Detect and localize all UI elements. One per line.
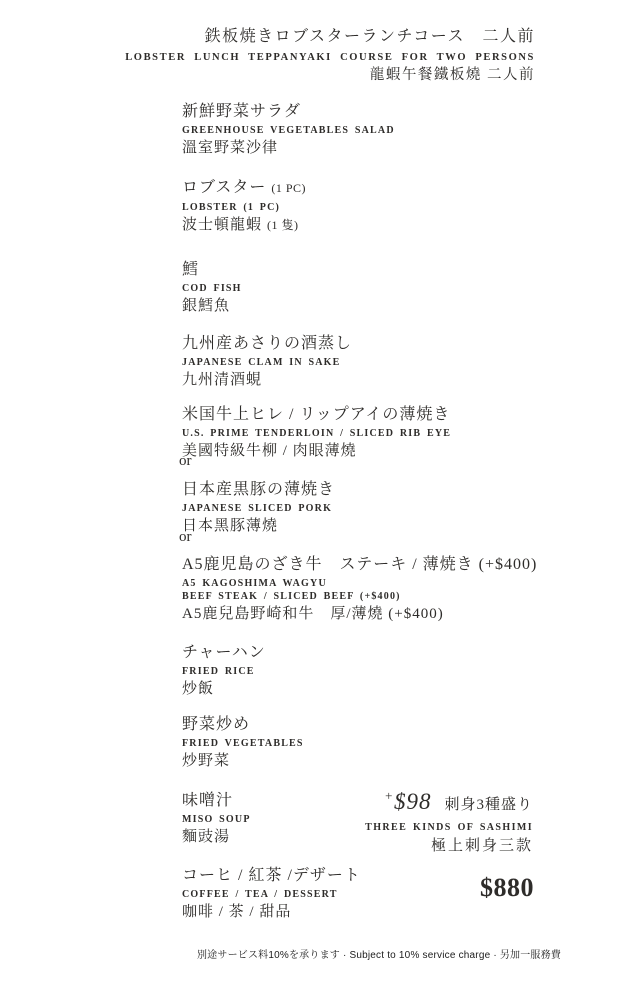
item-name-cn: 咖啡 / 茶 / 甜品 bbox=[182, 904, 361, 921]
item-name-jp: 鱈 bbox=[182, 260, 242, 279]
item-name-jp: 米国牛上ヒレ / リップアイの薄焼き bbox=[182, 405, 451, 424]
item-jp-note: (1 PC) bbox=[271, 181, 306, 195]
course-title-block: 鉄板焼きロブスターランチコース 二人前 LOBSTER LUNCH TEPPAN… bbox=[125, 27, 535, 84]
item-name-cn: 九州清酒蜆 bbox=[182, 372, 352, 389]
sashimi-addon-price-line: +$98刺身3種盛り bbox=[365, 788, 533, 815]
item-name-cn: 美國特級牛柳 / 肉眼薄燒 bbox=[182, 443, 451, 460]
menu-item-fried-vegetables: 野菜炒め FRIED VEGETABLES 炒野菜 bbox=[182, 715, 304, 770]
item-name-jp: 九州産あさりの酒蒸し bbox=[182, 334, 352, 353]
item-name-en: COD FISH bbox=[182, 282, 242, 295]
item-name-cn: 溫室野菜沙律 bbox=[182, 140, 395, 157]
item-name-en: LOBSTER (1 PC) bbox=[182, 201, 306, 214]
item-name-cn: 銀鱈魚 bbox=[182, 298, 242, 315]
item-name-en: MISO SOUP bbox=[182, 813, 251, 826]
menu-item-fried-rice: チャーハン FRIED RICE 炒飯 bbox=[182, 643, 266, 698]
item-name-cn: 麵豉湯 bbox=[182, 829, 251, 846]
item-name-jp: 日本産黒豚の薄焼き bbox=[182, 480, 335, 499]
item-name-jp: A5鹿児島のざき牛 ステーキ / 薄焼き (+$400) bbox=[182, 555, 537, 574]
item-name-cn: A5鹿兒島野崎和牛 厚/薄燒 (+$400) bbox=[182, 606, 537, 623]
course-title-jp: 鉄板焼きロブスターランチコース 二人前 bbox=[125, 27, 535, 47]
item-name-en: JAPANESE SLICED PORK bbox=[182, 502, 335, 515]
course-price: $880 bbox=[480, 873, 534, 903]
menu-item-cod-fish: 鱈 COD FISH 銀鱈魚 bbox=[182, 260, 242, 315]
sashimi-addon: +$98刺身3種盛り THREE KINDS OF SASHIMI 極上刺身三款 bbox=[365, 788, 533, 855]
course-title-cn: 龍蝦午餐鐵板燒 二人前 bbox=[125, 67, 535, 84]
item-name-en-line2: BEEF STEAK / SLICED BEEF (+$400) bbox=[182, 590, 537, 603]
or-separator: or bbox=[179, 453, 192, 470]
menu-item-clam: 九州産あさりの酒蒸し JAPANESE CLAM IN SAKE 九州清酒蜆 bbox=[182, 334, 352, 389]
item-cn-note: (1 隻) bbox=[267, 218, 299, 232]
item-name-cn: 日本黑豚薄燒 bbox=[182, 518, 335, 535]
item-name-cn: 波士頓龍蝦(1 隻) bbox=[182, 217, 306, 234]
menu-item-us-beef: 米国牛上ヒレ / リップアイの薄焼き U.S. PRIME TENDERLOIN… bbox=[182, 405, 451, 460]
menu-page: 鉄板焼きロブスターランチコース 二人前 LOBSTER LUNCH TEPPAN… bbox=[0, 0, 640, 993]
item-name-jp: チャーハン bbox=[182, 643, 266, 662]
addon-label-cn: 極上刺身三款 bbox=[365, 838, 533, 855]
item-cn-text: 波士頓龍蝦 bbox=[182, 217, 262, 233]
item-name-jp: コーヒ / 紅茶 /デザート bbox=[182, 866, 361, 885]
item-name-cn: 炒飯 bbox=[182, 681, 266, 698]
menu-item-wagyu: A5鹿児島のざき牛 ステーキ / 薄焼き (+$400) A5 KAGOSHIM… bbox=[182, 555, 537, 623]
service-charge-note: 別途サービス料10%を承ります · Subject to 10% service… bbox=[0, 946, 640, 961]
addon-label-en: THREE KINDS OF SASHIMI bbox=[365, 821, 533, 834]
menu-item-pork: 日本産黒豚の薄焼き JAPANESE SLICED PORK 日本黑豚薄燒 bbox=[182, 480, 335, 535]
addon-plus-sign: + bbox=[384, 788, 393, 803]
addon-label-jp: 刺身3種盛り bbox=[444, 797, 533, 813]
item-name-en: JAPANESE CLAM IN SAKE bbox=[182, 356, 352, 369]
menu-item-salad: 新鮮野菜サラダ GREENHOUSE VEGETABLES SALAD 溫室野菜… bbox=[182, 102, 395, 157]
item-name-en: FRIED VEGETABLES bbox=[182, 737, 304, 750]
course-title-en: LOBSTER LUNCH TEPPANYAKI COURSE FOR TWO … bbox=[125, 51, 535, 65]
menu-item-miso-soup: 味噌汁 MISO SOUP 麵豉湯 bbox=[182, 791, 251, 846]
item-name-jp: 野菜炒め bbox=[182, 715, 304, 734]
or-separator: or bbox=[179, 529, 192, 546]
menu-item-lobster: ロブスター(1 PC) LOBSTER (1 PC) 波士頓龍蝦(1 隻) bbox=[182, 178, 306, 234]
item-name-en: FRIED RICE bbox=[182, 665, 266, 678]
item-name-en: COFFEE / TEA / DESSERT bbox=[182, 888, 361, 901]
item-name-jp: 味噌汁 bbox=[182, 791, 251, 810]
item-name-en: A5 KAGOSHIMA WAGYU bbox=[182, 577, 537, 590]
item-name-en: U.S. PRIME TENDERLOIN / SLICED RIB EYE bbox=[182, 427, 451, 440]
menu-item-coffee-tea-dessert: コーヒ / 紅茶 /デザート COFFEE / TEA / DESSERT 咖啡… bbox=[182, 866, 361, 921]
item-name-jp: ロブスター(1 PC) bbox=[182, 178, 306, 198]
addon-price: $98 bbox=[394, 789, 432, 814]
item-name-jp: 新鮮野菜サラダ bbox=[182, 102, 395, 121]
item-jp-text: ロブスター bbox=[182, 179, 266, 196]
item-name-cn: 炒野菜 bbox=[182, 753, 304, 770]
item-name-en: GREENHOUSE VEGETABLES SALAD bbox=[182, 124, 395, 137]
